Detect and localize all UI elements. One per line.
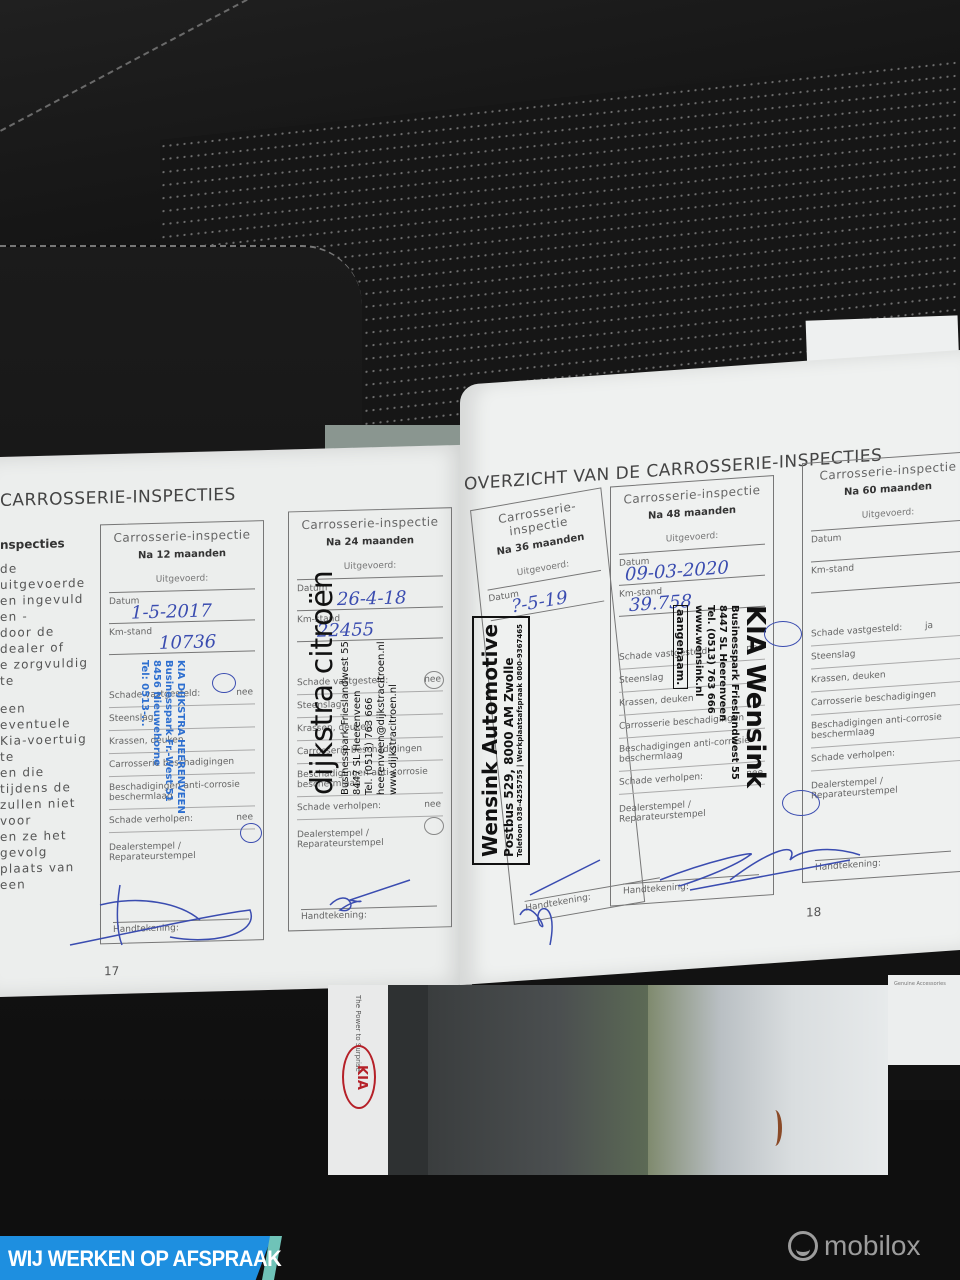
signature-36	[500, 855, 610, 965]
intro-line: en ze het gevolg	[0, 827, 92, 861]
stamp-line: 8447 SL Heerenveen	[716, 605, 728, 788]
dealer-stamp-kia-wensink: KIA Wensink Businesspark Frieslandwest 5…	[673, 605, 770, 788]
stamp-line: Tel. (0513) 763 666	[704, 605, 716, 788]
card-title: Carrosserie-inspectie	[101, 527, 263, 545]
circled-answer	[212, 673, 236, 693]
stamp-brand: dijkstra citroën	[305, 570, 340, 795]
stamp-line: Tel: 0513-...	[138, 660, 150, 814]
intro-heading: nspecties	[0, 535, 92, 553]
stamp-line: 8456 Nieuwehorne	[150, 660, 162, 814]
date-row: Datum1-5-2017	[109, 589, 255, 624]
intro-line: een eventuele	[0, 699, 92, 733]
intro-line: Kia-voertuig te	[0, 731, 92, 765]
damage-found-label: Schade vastgesteld:	[811, 623, 902, 639]
no-option: nee	[236, 812, 253, 822]
intro-line: zullen niet voor	[0, 795, 92, 829]
damage-repaired-label: Schade verholpen:	[109, 814, 193, 826]
stamp-line: Postbus 529, 8000 AM Zwolle	[502, 624, 516, 857]
stamp-line: Businesspark Fr.-West 51	[162, 660, 174, 814]
intro-line: en die tijdens de	[0, 763, 92, 797]
date-label: Datum	[811, 533, 841, 545]
stamp-line: Businesspark Frieslandwest 55	[728, 605, 740, 788]
left-section-title: CARROSSERIE-INSPECTIES	[0, 485, 236, 511]
km-label: Km-stand	[109, 627, 152, 638]
stamp-line: Telefoon 038-4255755 | Werkplaatsafspraa…	[516, 624, 524, 857]
stamp-line: www.dijkstracitroen.nl	[388, 570, 400, 795]
circled-answer	[764, 621, 802, 647]
appointment-banner-text: WIJ WERKEN OP AFSPRAAK	[8, 1246, 281, 1272]
dealer-stamp-label: Dealerstempel / Reparateurstempel	[297, 826, 443, 850]
brochure-side-panel: The Power to Surprise KIA	[328, 985, 388, 1175]
card-title: Carrosserie-inspectie	[289, 514, 451, 532]
no-option: nee	[424, 799, 441, 809]
card-interval: Na 24 maanden	[289, 534, 451, 549]
date-value: ?-5-19	[511, 587, 569, 618]
intro-text: nspecties de uitgevoerde en ingevuld en …	[0, 535, 92, 893]
brochure-road-photo	[428, 985, 648, 1175]
page-number-left: 17	[104, 964, 119, 978]
stamp-line: 8447 SL Heerenveen	[352, 570, 364, 795]
brochure-sky-photo	[648, 985, 888, 1175]
km-value: 10736	[159, 631, 216, 653]
page-number-right: 18	[806, 905, 821, 920]
km-label: Km-stand	[811, 563, 854, 576]
dealer-stamp-label: Dealerstempel / Reparateurstempel	[109, 839, 255, 863]
stamp-line: Tel. (0513) 763 666	[364, 570, 376, 795]
stamp-line: www.wensink.nl	[692, 605, 704, 788]
dealer-stamp-label: Dealerstempel / Reparateurstempel	[619, 795, 765, 825]
card-interval: Na 12 maanden	[101, 547, 263, 562]
signature-48	[650, 830, 870, 900]
km-row: Km-stand10736	[109, 620, 255, 655]
kia-brochure: The Power to Surprise KIA	[328, 985, 888, 1175]
circled-answer	[240, 823, 262, 843]
circled-answer	[424, 817, 444, 835]
stamp-brand: Wensink Automotive	[478, 624, 502, 857]
inspection-card-60: Carrosserie-inspectie Na 60 maanden Uitg…	[802, 451, 960, 883]
circled-answer	[782, 790, 820, 816]
signature-12	[60, 875, 270, 955]
kia-logo: KIA	[342, 1045, 376, 1109]
dealer-stamp-wensink-automotive: Wensink Automotive Postbus 529, 8000 AM …	[472, 616, 530, 865]
dealer-stamp-kia-dijkstra: KIA DIJKSTRA HEERENVEEN Businesspark Fr.…	[138, 660, 186, 814]
stamp-line: heerenveen@dijkstracitroen.nl	[376, 570, 388, 795]
dealer-stamp-label: Dealerstempel / Reparateurstempel	[811, 771, 960, 802]
dealer-stamp-dijkstra-citroen: dijkstra citroën Businesspark Frieslandw…	[305, 570, 400, 795]
service-booklet: CARROSSERIE-INSPECTIES nspecties de uitg…	[0, 445, 960, 1005]
yes-option: ja	[925, 621, 933, 632]
intro-line: door de dealer of	[0, 623, 92, 657]
paraglider-icon	[768, 1110, 782, 1146]
damage-repaired-label: Schade verholpen:	[297, 801, 381, 813]
mobilox-logo-icon	[788, 1231, 818, 1261]
damage-repaired-row: Schade verholpen:nee	[297, 793, 443, 820]
signature-24	[320, 875, 420, 925]
date-value: 1-5-2017	[131, 600, 212, 623]
no-option: nee	[236, 687, 253, 697]
intro-line: en ingevuld en -	[0, 591, 92, 625]
stamp-tagline: aangenaam.	[673, 605, 688, 689]
mobilox-watermark: mobilox	[788, 1230, 920, 1262]
intro-line: e zorgvuldig te	[0, 655, 92, 689]
circled-answer	[424, 671, 444, 689]
mobilox-text: mobilox	[824, 1230, 920, 1262]
accessory-card: Genuine Accessories	[888, 975, 960, 1065]
stamp-line: Businesspark Frieslandwest 55	[340, 570, 352, 795]
stamp-brand: KIA DIJKSTRA HEERENVEEN	[174, 660, 186, 814]
intro-line: de uitgevoerde	[0, 559, 92, 593]
